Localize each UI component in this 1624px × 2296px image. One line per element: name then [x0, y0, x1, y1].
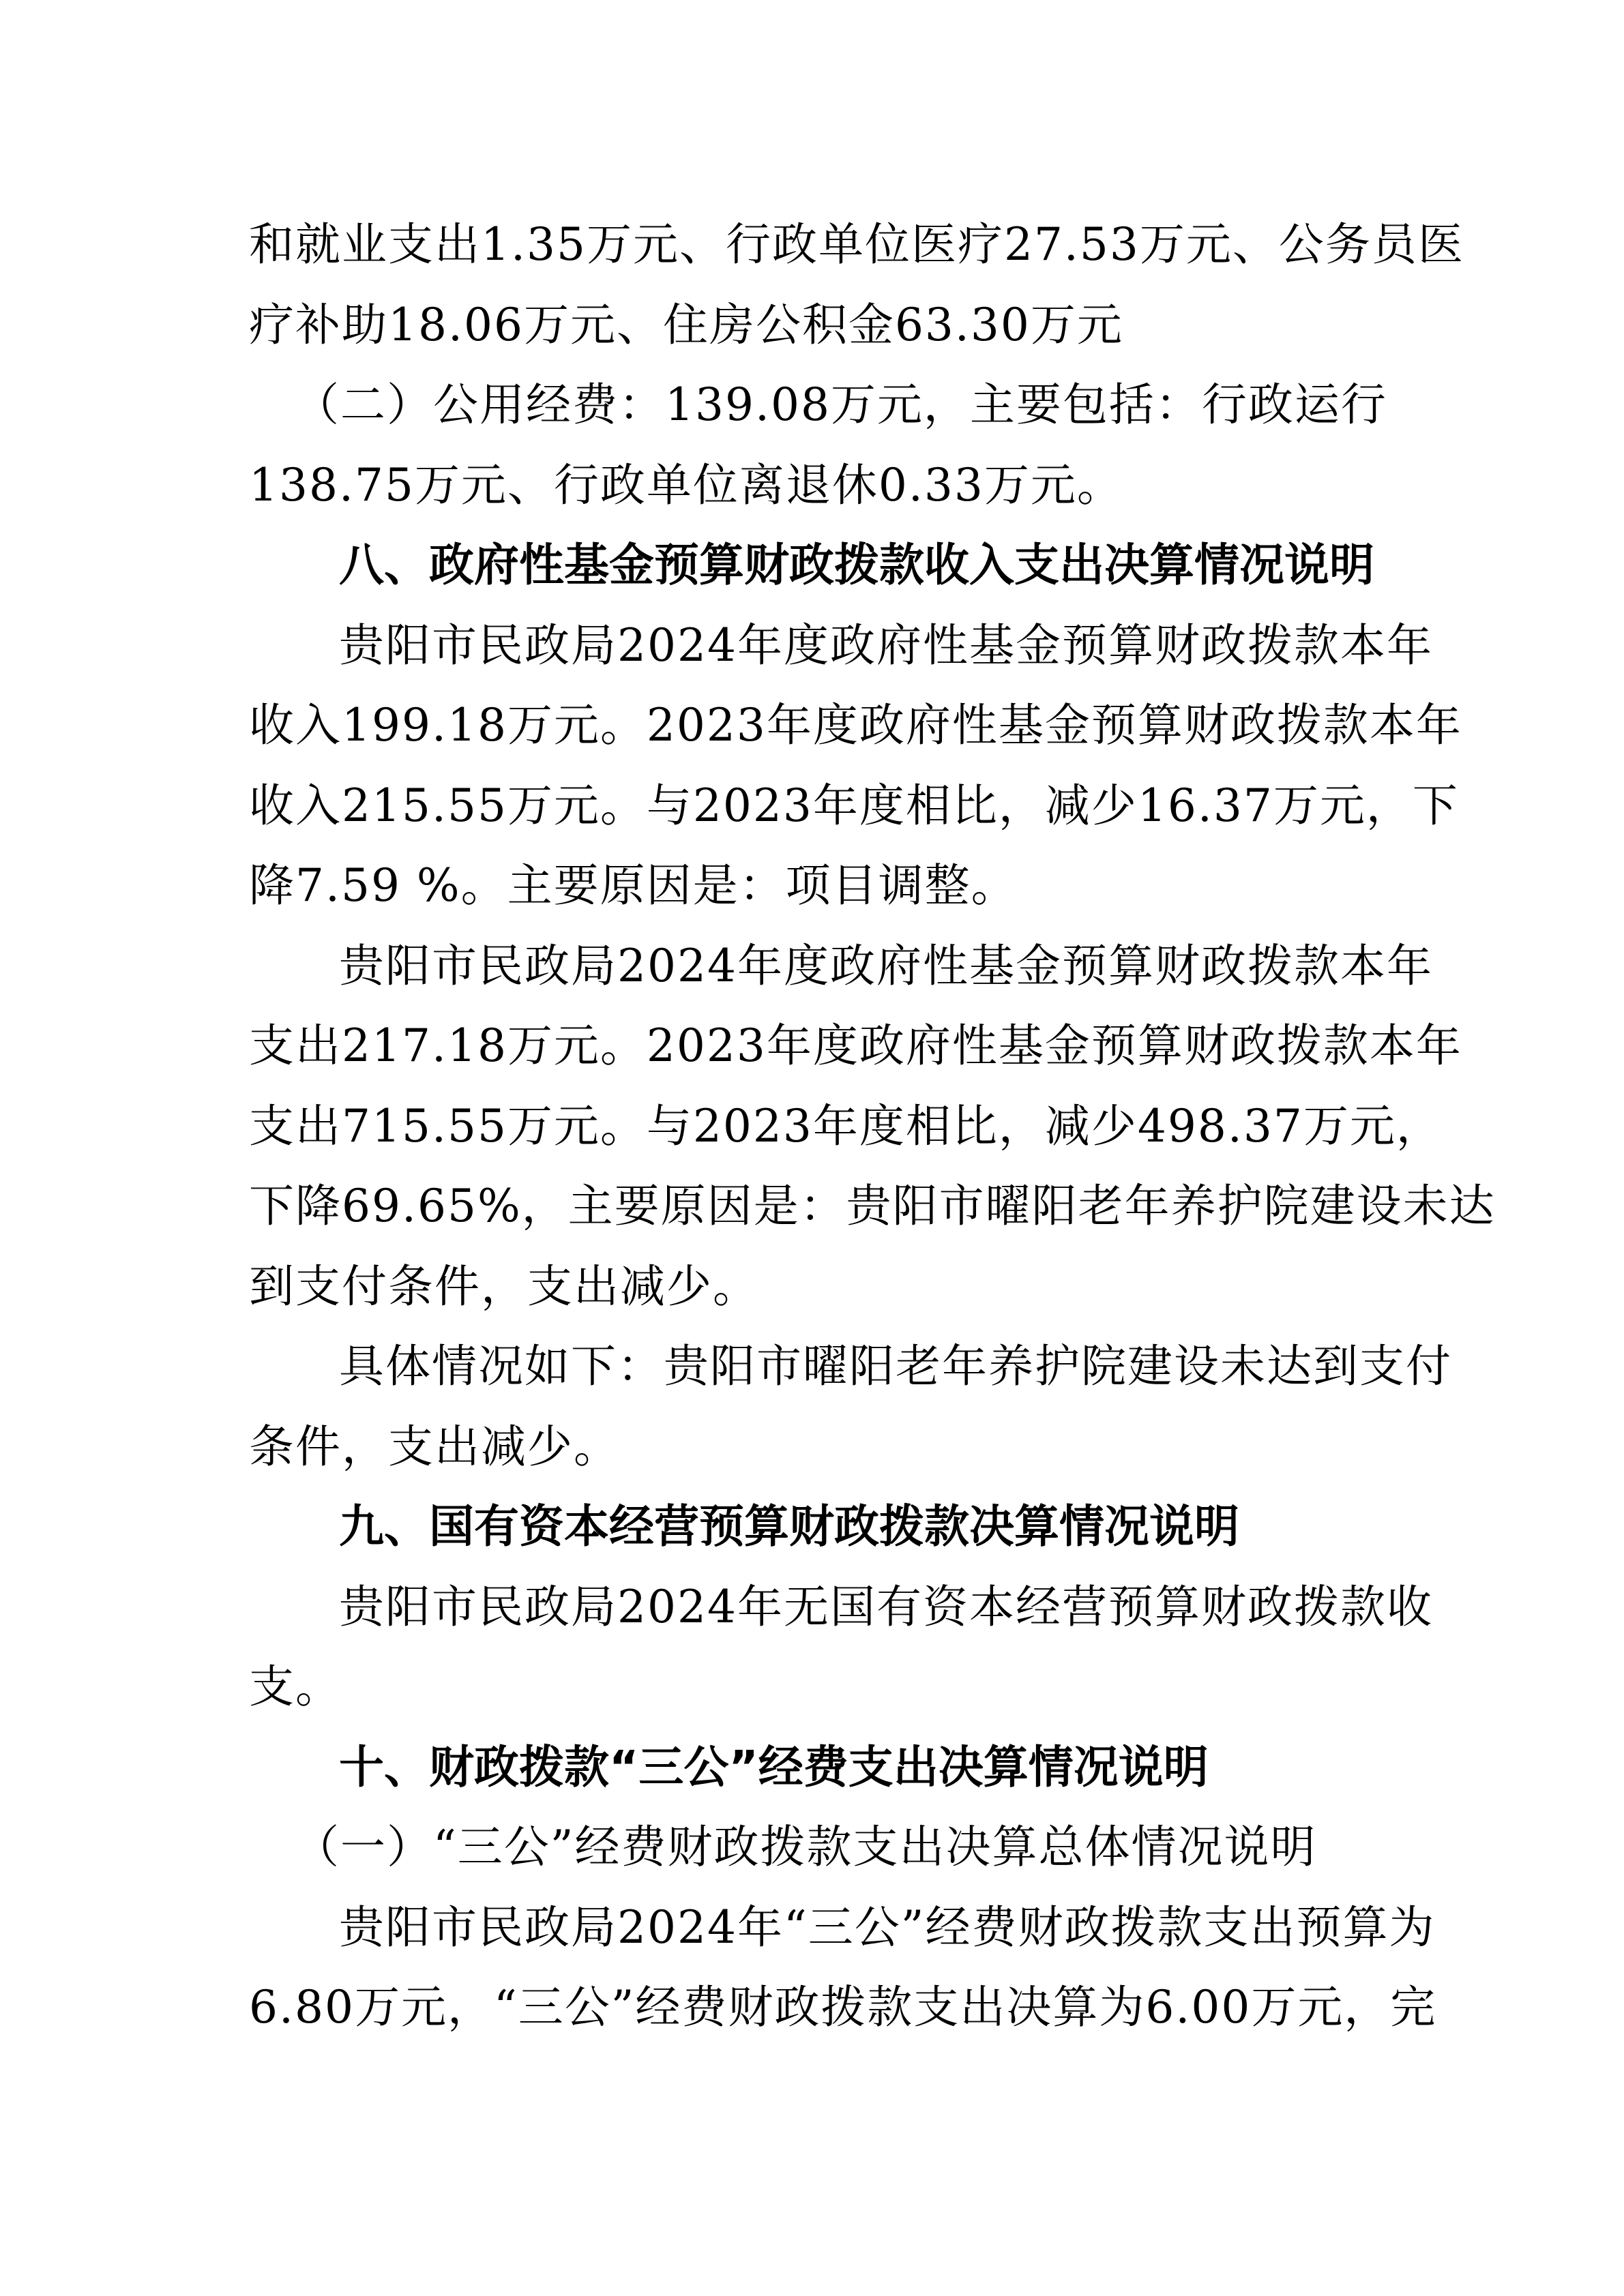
text-line: 138.75万元、行政单位离退休0.33万元。 [249, 445, 1381, 526]
text-line: 支出217.18万元。2023年度政府性基金预算财政拨款本年 [249, 1006, 1381, 1086]
text-line: 收入199.18万元。2023年度政府性基金预算财政拨款本年 [249, 685, 1381, 766]
subsection-heading: （一）“三公”经费财政拨款支出决算总体情况说明 [249, 1807, 1381, 1888]
document-page: 和就业支出1.35万元、行政单位医疗27.53万元、公务员医 疗补助18.06万… [249, 205, 1381, 2048]
section-heading-9: 九、国有资本经营预算财政拨款决算情况说明 [249, 1487, 1381, 1567]
text-line: 支。 [249, 1647, 1381, 1727]
text-line: 支出715.55万元。与2023年度相比，减少498.37万元， [249, 1086, 1381, 1167]
text-line: 贵阳市民政局2024年度政府性基金预算财政拨款本年 [249, 926, 1381, 1007]
section-heading-10: 十、财政拨款“三公”经费支出决算情况说明 [249, 1727, 1381, 1808]
section-heading-8: 八、政府性基金预算财政拨款收入支出决算情况说明 [249, 525, 1381, 606]
text-line: 6.80万元，“三公”经费财政拨款支出决算为6.00万元，完 [249, 1967, 1381, 2048]
text-line: 贵阳市民政局2024年度政府性基金预算财政拨款本年 [249, 606, 1381, 686]
text-line: 贵阳市民政局2024年无国有资本经营预算财政拨款收 [249, 1567, 1381, 1648]
text-line: 降7.59 %。主要原因是：项目调整。 [249, 846, 1381, 926]
text-line: （二）公用经费：139.08万元，主要包括：行政运行 [249, 365, 1381, 445]
text-line: 和就业支出1.35万元、行政单位医疗27.53万元、公务员医 [249, 205, 1381, 285]
text-line: 到支付条件，支出减少。 [249, 1247, 1381, 1327]
text-line: 贵阳市民政局2024年“三公”经费财政拨款支出预算为 [249, 1888, 1381, 1968]
text-line: 具体情况如下：贵阳市曜阳老年养护院建设未达到支付 [249, 1326, 1381, 1407]
text-line: 疗补助18.06万元、住房公积金63.30万元 [249, 285, 1381, 366]
text-line: 条件，支出减少。 [249, 1407, 1381, 1487]
text-line: 下降69.65%，主要原因是：贵阳市曜阳老年养护院建设未达 [249, 1166, 1381, 1247]
text-line: 收入215.55万元。与2023年度相比，减少16.37万元，下 [249, 766, 1381, 846]
